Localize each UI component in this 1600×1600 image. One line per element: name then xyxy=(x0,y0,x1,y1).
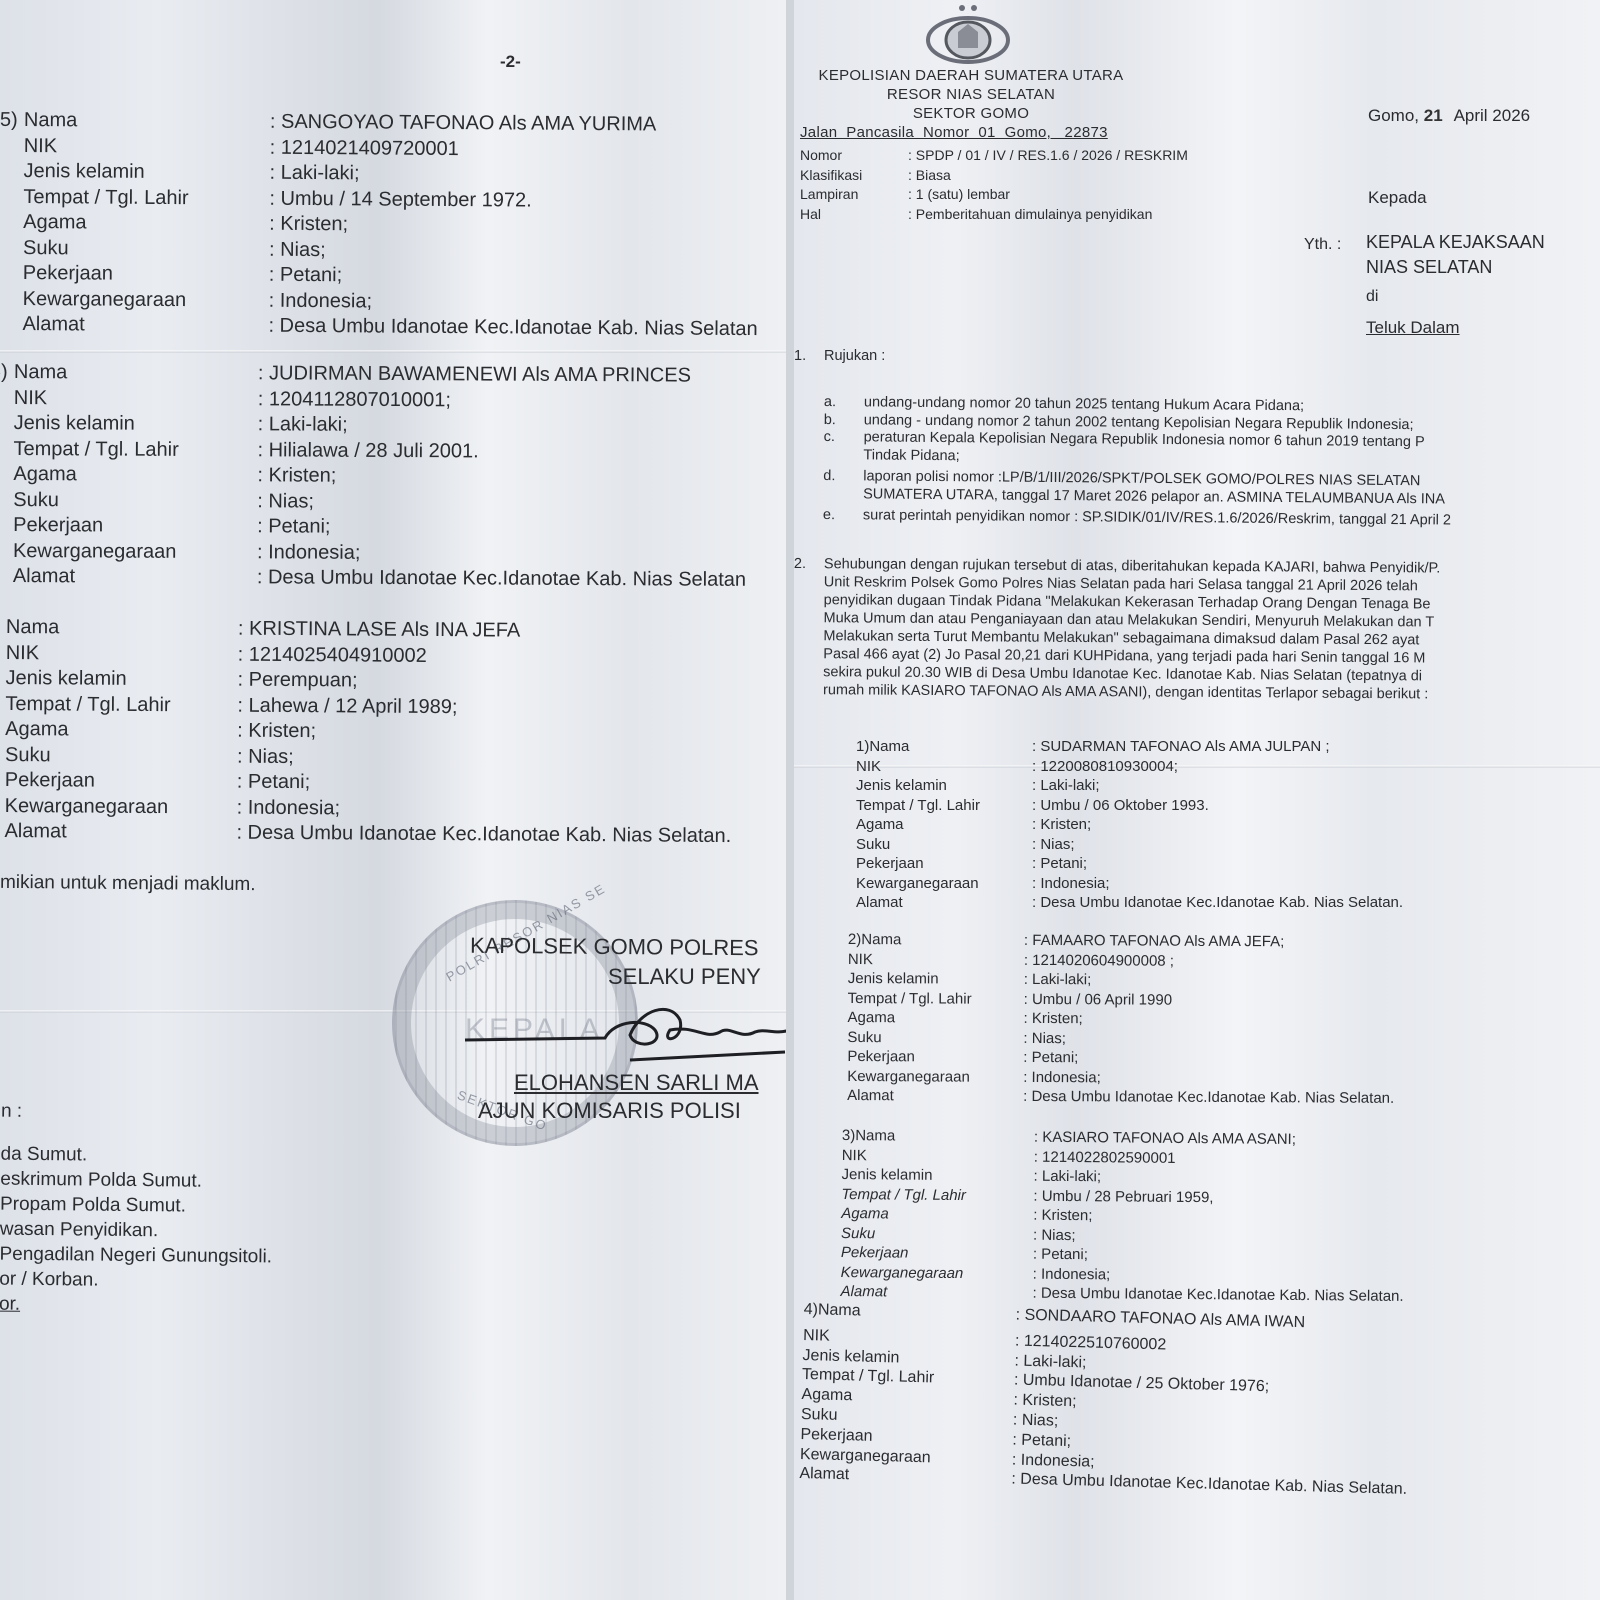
field-label: Kewarganegaraan xyxy=(23,286,269,313)
field-value: : Indonesia; xyxy=(1033,1264,1111,1284)
field-value: : 1204112807010001; xyxy=(258,387,451,414)
field-label: Alamat xyxy=(840,1282,1032,1303)
reference-letter: d. xyxy=(823,468,863,486)
letter-meta: Nomor: SPDP / 01 / IV / RES.1.6 / 2026 /… xyxy=(800,146,1188,224)
letter-date: Gomo, 21 April 2026 xyxy=(1368,106,1530,126)
field-value: : 1214025404910002 xyxy=(238,642,427,669)
suspect-record: 1)Nama: SUDARMAN TAFONAO Als AMA JULPAN … xyxy=(856,737,1403,913)
letterhead: KEPOLISIAN DAERAH SUMATERA UTARA RESOR N… xyxy=(800,66,1142,142)
field-value: : Desa Umbu Idanotae Kec.Idanotae Kab. N… xyxy=(1023,1087,1394,1108)
field-label-text: NIK xyxy=(14,386,47,408)
date-day-handwritten: 21 xyxy=(1424,106,1450,126)
field-label: Jenis kelamin xyxy=(14,411,258,438)
field-label-text: Alamat xyxy=(13,565,75,587)
field-value: : Petani; xyxy=(237,770,311,796)
field-label: Agama xyxy=(841,1204,1033,1225)
field-label-text: Tempat / Tgl. Lahir xyxy=(23,185,188,208)
person-record: 5)Nama: SANGOYAO TAFONAO Als AMA YURIMAN… xyxy=(22,108,759,343)
field-label-text: Suku xyxy=(841,1224,875,1241)
cc-item: or. xyxy=(0,1292,272,1320)
field-value: : 1214020604900008 ; xyxy=(1024,950,1174,970)
record-number: 4) xyxy=(804,1301,819,1318)
record-number: 3) xyxy=(842,1127,855,1144)
field-label: Jenis kelamin xyxy=(23,159,269,186)
field-value: : Petani; xyxy=(1012,1430,1071,1451)
field-label-text: Agama xyxy=(847,1009,895,1026)
field-row: Jenis kelamin: Laki-laki; xyxy=(856,776,1403,796)
section-number: 2. xyxy=(794,555,824,573)
field-label: Agama xyxy=(5,717,237,744)
field-label-text: Pekerjaan xyxy=(856,855,924,872)
meta-label: Klasifikasi xyxy=(800,166,908,186)
field-value: : Nias; xyxy=(1023,1028,1066,1048)
field-row: Alamat: Desa Umbu Idanotae Kec.Idanotae … xyxy=(847,1086,1394,1108)
document-page-2: -2- 5)Nama: SANGOYAO TAFONAO Als AMA YUR… xyxy=(0,0,786,1600)
person-record: 7)Nama: KRISTINA LASE Als INA JEFANIK: 1… xyxy=(4,615,732,850)
field-label: Pekerjaan xyxy=(23,261,269,288)
carbon-copy-list: n : da Sumut. eskrimum Polda Sumut. Prop… xyxy=(0,1099,274,1320)
meta-label: Hal xyxy=(800,205,908,225)
field-label-text: Nama xyxy=(6,616,60,638)
field-value: : Laki-laki; xyxy=(269,161,359,187)
field-label-text: Pekerjaan xyxy=(23,262,113,285)
field-label: NIK xyxy=(14,385,258,412)
letterhead-line3: SEKTOR GOMO xyxy=(800,104,1142,123)
field-label-text: Kewarganegaraan xyxy=(841,1263,964,1281)
police-emblem-icon xyxy=(922,2,1014,66)
field-label: NIK xyxy=(6,640,238,667)
field-label-text: Tempat / Tgl. Lahir xyxy=(848,989,972,1007)
cc-item: Propam Polda Sumut. xyxy=(0,1192,273,1220)
field-label: Kewarganegaraan xyxy=(5,793,237,820)
reference-letter xyxy=(823,446,863,464)
meta-row-hal: Hal: Pemberitahuan dimulainya penyidikan xyxy=(800,205,1188,225)
field-label: Tempat / Tgl. Lahir xyxy=(841,1184,1033,1205)
field-label: Jenis kelamin xyxy=(856,776,1032,796)
field-label-text: Nama xyxy=(24,109,78,131)
section-2-body: 2. Sehubungan dengan rujukan tersebut di… xyxy=(793,555,1600,705)
letterhead-line1: KEPOLISIAN DAERAH SUMATERA UTARA xyxy=(800,66,1142,85)
field-row: Suku: Nias; xyxy=(13,487,746,516)
cc-item: wasan Penyidikan. xyxy=(0,1217,272,1245)
field-label-text: Nama xyxy=(818,1301,861,1319)
letterhead-address: Jalan Pancasila Nomor 01 Gomo, 22873 xyxy=(800,123,1142,142)
field-row: NIK: 1204112807010001; xyxy=(14,385,747,414)
record-number: 1) xyxy=(856,738,869,755)
person-record: 6)Nama: JUDIRMAN BAWAMENEWI Als AMA PRIN… xyxy=(13,360,747,593)
field-label: Agama xyxy=(13,462,257,489)
reference-letter: b. xyxy=(824,411,864,429)
field-label-text: NIK xyxy=(24,134,57,156)
field-value: : Indonesia; xyxy=(257,540,361,566)
field-label: Agama xyxy=(23,210,269,237)
recipient-name: KEPALA KEJAKSAAN NIAS SELATAN xyxy=(1366,230,1545,280)
field-label-text: Suku xyxy=(856,836,890,853)
field-label-text: Pekerjaan xyxy=(847,1048,915,1065)
field-row: Pekerjaan: Petani; xyxy=(856,854,1403,874)
date-place: Gomo, xyxy=(1368,106,1419,125)
field-label: Tempat / Tgl. Lahir xyxy=(5,691,237,718)
field-row: Agama: Kristen; xyxy=(856,815,1403,835)
field-value: : Umbu / 28 Pebruari 1959, xyxy=(1033,1186,1213,1207)
field-label-text: Alamat xyxy=(840,1283,887,1300)
letterhead-line2: RESOR NIAS SELATAN xyxy=(800,85,1142,104)
field-label-text: Jenis kelamin xyxy=(856,777,947,794)
date-month-year: April 2026 xyxy=(1454,106,1531,125)
field-label: Jenis kelamin xyxy=(841,1165,1033,1186)
cc-item: or / Korban. xyxy=(0,1267,272,1295)
field-label: Alamat xyxy=(22,312,268,339)
meta-value: : SPDP / 01 / IV / RES.1.6 / 2026 / RESK… xyxy=(908,146,1188,166)
field-label: Suku xyxy=(856,835,1032,855)
recipient-yth-label: Yth. : xyxy=(1304,236,1341,254)
field-value: : Nias; xyxy=(257,489,314,515)
field-value: : Indonesia; xyxy=(269,288,373,314)
field-value: : Indonesia; xyxy=(1023,1067,1101,1087)
meta-label: Nomor xyxy=(800,146,908,166)
field-label-text: Kewarganegaraan xyxy=(800,1446,931,1466)
field-value: : Indonesia; xyxy=(1012,1450,1095,1472)
field-label-text: Suku xyxy=(13,488,59,510)
field-label-text: Jenis kelamin xyxy=(802,1347,899,1367)
record-number: 5) xyxy=(0,108,24,134)
field-value: : Petani; xyxy=(269,263,343,289)
field-label: Alamat xyxy=(4,819,236,846)
field-label-text: Jenis kelamin xyxy=(842,1166,933,1184)
reference-letter: c. xyxy=(824,429,864,447)
suspect-record: 3)Nama: KASIARO TAFONAO Als AMA ASANI;NI… xyxy=(840,1126,1405,1306)
reference-text: Tindak Pidana; xyxy=(863,447,959,465)
field-value: : Petani; xyxy=(257,514,331,540)
field-label: 4)Nama xyxy=(803,1300,1015,1325)
field-value: : Nias; xyxy=(237,744,294,770)
field-label-text: Suku xyxy=(801,1406,838,1424)
field-label-text: Kewarganegaraan xyxy=(13,539,177,562)
field-value: : Petani; xyxy=(1033,1245,1088,1265)
field-label: 2)Nama xyxy=(848,930,1024,950)
field-label-text: Nama xyxy=(869,738,909,755)
field-value: : Laki-laki; xyxy=(1033,1167,1101,1187)
field-row: NIK: 1220080810930004; xyxy=(856,757,1403,777)
reference-letter: e. xyxy=(823,507,863,525)
signatory-title: KAPOLSEK GOMO POLRES xyxy=(470,933,759,962)
field-label: Alamat xyxy=(13,564,257,591)
field-label-text: Jenis kelamin xyxy=(848,970,939,987)
record-number: 6) xyxy=(0,360,14,386)
field-row: Alamat: Desa Umbu Idanotae Kec.Idanotae … xyxy=(856,893,1403,913)
reference-letter xyxy=(823,485,863,503)
field-value: : 1214021409720001 xyxy=(270,135,459,162)
field-label-text: Tempat / Tgl. Lahir xyxy=(13,437,178,460)
field-label: Pekerjaan xyxy=(841,1243,1033,1264)
field-row: Suku: Nias; xyxy=(856,835,1403,855)
field-value: : Nias; xyxy=(1032,835,1075,855)
record-number: 2) xyxy=(848,931,861,948)
field-label: 6)Nama xyxy=(14,360,258,387)
field-label-text: Agama xyxy=(23,211,87,233)
field-label-text: Kewarganegaraan xyxy=(23,287,187,310)
field-value: : 1214022802590001 xyxy=(1034,1147,1176,1168)
field-label-text: Nama xyxy=(861,931,901,948)
field-label-text: Alamat xyxy=(4,820,66,842)
field-label-text: Jenis kelamin xyxy=(14,412,135,435)
cc-item: Pengadilan Negeri Gunungsitoli. xyxy=(0,1242,272,1270)
field-value: : Nias; xyxy=(269,237,326,263)
field-value: : Laki-laki; xyxy=(1024,970,1092,990)
field-label: 5)Nama xyxy=(24,108,270,135)
field-label-text: NIK xyxy=(848,950,873,967)
paper-crease xyxy=(0,350,786,353)
suspect-record: 2)Nama: FAMAARO TAFONAO Als AMA JEFA;NIK… xyxy=(847,930,1395,1108)
meta-row-lampiran: Lampiran: 1 (satu) lembar xyxy=(800,185,1188,205)
field-label-text: Tempat / Tgl. Lahir xyxy=(841,1185,966,1203)
page-divider xyxy=(786,0,794,1600)
field-label-text: Nama xyxy=(14,361,67,383)
reference-letter: a. xyxy=(824,394,864,412)
field-row: Kewarganegaraan: Indonesia; xyxy=(856,874,1403,894)
field-label: Tempat / Tgl. Lahir xyxy=(848,988,1024,1008)
field-value: : Umbu / 14 September 1972. xyxy=(269,186,532,213)
field-value: : Hilialawa / 28 Juli 2001. xyxy=(257,438,478,465)
field-value: : Nias; xyxy=(1033,1225,1076,1245)
meta-value: : Biasa xyxy=(908,166,951,186)
section-title: Rujukan : xyxy=(824,348,885,364)
field-label: Suku xyxy=(847,1027,1023,1047)
signatory-role: SELAKU PENY xyxy=(608,964,761,990)
field-label: Agama xyxy=(847,1008,1023,1028)
field-label: NIK xyxy=(842,1145,1034,1166)
field-row: Jenis kelamin: Laki-laki; xyxy=(14,411,747,440)
references-list: a.undang-undang nomor 20 tahun 2025 tent… xyxy=(823,394,1600,531)
field-label: NIK xyxy=(848,949,1024,969)
recipient-line2: NIAS SELATAN xyxy=(1366,255,1545,280)
field-label-text: Suku xyxy=(23,236,69,258)
field-label-text: Alamat xyxy=(22,313,84,335)
section-2-text: Sehubungan dengan rujukan tersebut di at… xyxy=(823,555,1600,704)
field-label: Suku xyxy=(841,1223,1033,1244)
field-label-text: Suku xyxy=(5,743,51,765)
field-value: : Desa Umbu Idanotae Kec.Idanotae Kab. N… xyxy=(236,821,731,850)
field-label: Kewarganegaraan xyxy=(841,1262,1033,1283)
field-label: 3)Nama xyxy=(842,1126,1034,1147)
field-row: Alamat: Desa Umbu Idanotae Kec.Idanotae … xyxy=(13,564,746,593)
field-label-text: Alamat xyxy=(856,894,903,911)
field-row: 6)Nama: JUDIRMAN BAWAMENEWI Als AMA PRIN… xyxy=(14,360,747,389)
field-label: Kewarganegaraan xyxy=(13,538,257,565)
field-label: Agama xyxy=(856,815,1032,835)
field-label: Alamat xyxy=(847,1086,1023,1106)
field-label: Pekerjaan xyxy=(5,768,237,795)
field-value: : Petani; xyxy=(1023,1048,1078,1068)
field-label: Suku xyxy=(13,487,257,514)
field-row: Tempat / Tgl. Lahir: Umbu / 06 Oktober 1… xyxy=(856,796,1403,816)
field-value: : Kristen; xyxy=(257,463,336,489)
field-value: : Laki-laki; xyxy=(1014,1351,1087,1373)
recipient-place: Teluk Dalam xyxy=(1366,318,1460,338)
field-label-text: NIK xyxy=(856,758,881,775)
field-label: Jenis kelamin xyxy=(848,969,1024,989)
field-label-text: Alamat xyxy=(799,1465,849,1483)
field-row: Tempat / Tgl. Lahir: Hilialawa / 28 Juli… xyxy=(13,436,746,465)
field-label-text: NIK xyxy=(6,641,39,663)
field-value: : Indonesia; xyxy=(237,795,341,821)
field-value: : SUDARMAN TAFONAO Als AMA JULPAN ; xyxy=(1032,737,1330,757)
meta-row-nomor: Nomor: SPDP / 01 / IV / RES.1.6 / 2026 /… xyxy=(800,146,1188,166)
recipient-kepada: Kepada xyxy=(1368,188,1427,208)
field-value: : Desa Umbu Idanotae Kec.Idanotae Kab. N… xyxy=(1032,893,1403,913)
field-value: : KRISTINA LASE Als INA JEFA xyxy=(238,617,520,644)
field-label: Suku xyxy=(5,742,237,769)
field-label-text: Pekerjaan xyxy=(841,1244,909,1262)
field-label-text: Agama xyxy=(13,463,76,485)
field-label-text: Nama xyxy=(855,1127,895,1144)
field-label-text: NIK xyxy=(842,1146,867,1163)
field-label-text: Agama xyxy=(801,1386,852,1404)
field-value: : Kristen; xyxy=(1032,815,1091,835)
field-label: 7)Nama xyxy=(6,615,238,642)
section-1-heading: 1.Rujukan : xyxy=(794,348,885,365)
field-value: : Kristen; xyxy=(269,212,348,238)
cc-item: da Sumut. xyxy=(0,1142,273,1170)
field-label-text: Tempat / Tgl. Lahir xyxy=(5,692,170,715)
field-label-text: Pekerjaan xyxy=(800,1426,872,1445)
field-value: : Desa Umbu Idanotae Kec.Idanotae Kab. N… xyxy=(1032,1284,1403,1307)
field-value: : Nias; xyxy=(1013,1410,1059,1431)
suspect-record: 4)Nama: SONDAARO TAFONAO Als AMA IWANNIK… xyxy=(799,1300,1411,1500)
meta-value: : Pemberitahuan dimulainya penyidikan xyxy=(908,205,1152,225)
field-row: Kewarganegaraan: Indonesia; xyxy=(13,538,746,567)
signatory-name: ELOHANSEN SARLI MA xyxy=(514,1070,759,1096)
field-label-text: Tempat / Tgl. Lahir xyxy=(802,1366,935,1386)
field-row: Alamat: Desa Umbu Idanotae Kec.Idanotae … xyxy=(22,312,757,343)
field-value: : Laki-laki; xyxy=(1032,776,1100,796)
field-label: NIK xyxy=(24,133,270,160)
field-label: Tempat / Tgl. Lahir xyxy=(856,796,1032,816)
field-label-text: Kewarganegaraan xyxy=(847,1067,970,1085)
field-value: : Petani; xyxy=(1032,854,1087,874)
meta-row-klasifikasi: Klasifikasi: Biasa xyxy=(800,166,1188,186)
field-label: 1)Nama xyxy=(856,737,1032,757)
recipient-di: di xyxy=(1366,288,1378,306)
field-label-text: Jenis kelamin xyxy=(23,160,144,183)
field-label-text: Agama xyxy=(841,1205,889,1222)
field-label-text: Kewarganegaraan xyxy=(5,794,169,817)
field-value: : Desa Umbu Idanotae Kec.Idanotae Kab. N… xyxy=(257,565,746,593)
field-label: Pekerjaan xyxy=(856,854,1032,874)
field-value: : Kristen; xyxy=(237,719,316,745)
field-label: Tempat / Tgl. Lahir xyxy=(23,184,269,211)
meta-label: Lampiran xyxy=(800,185,908,205)
field-label: Kewarganegaraan xyxy=(856,874,1032,894)
field-row: Pekerjaan: Petani; xyxy=(13,513,746,542)
field-label-text: Pekerjaan xyxy=(13,514,103,536)
field-label-text: Pekerjaan xyxy=(5,769,95,792)
field-label: Pekerjaan xyxy=(13,513,257,540)
field-label: Pekerjaan xyxy=(847,1047,1023,1067)
field-value: : 1220080810930004; xyxy=(1032,757,1178,777)
field-value: : Desa Umbu Idanotae Kec.Idanotae Kab. N… xyxy=(268,314,757,343)
field-value: : Umbu / 06 April 1990 xyxy=(1024,989,1173,1009)
field-label: Alamat xyxy=(856,893,1032,913)
handwritten-signature xyxy=(455,990,786,1070)
cc-heading: n : xyxy=(1,1099,274,1127)
field-row: Agama: Kristen; xyxy=(13,462,746,491)
field-value: : KASIARO TAFONAO Als AMA ASANI; xyxy=(1034,1128,1296,1150)
field-label: Jenis kelamin xyxy=(5,666,237,693)
field-label-text: Suku xyxy=(847,1028,881,1045)
field-label: Suku xyxy=(23,235,269,262)
page-number: -2- xyxy=(500,52,521,72)
field-label-text: Jenis kelamin xyxy=(5,667,126,690)
field-label-text: Alamat xyxy=(847,1087,894,1104)
field-value: : Laki-laki; xyxy=(258,412,348,438)
field-label-text: Agama xyxy=(856,816,904,833)
field-value: : Kristen; xyxy=(1033,1206,1092,1226)
field-value: : SANGOYAO TAFONAO Als AMA YURIMA xyxy=(270,110,657,138)
field-value: : Umbu / 06 Oktober 1993. xyxy=(1032,796,1209,816)
field-label: Kewarganegaraan xyxy=(847,1066,1023,1086)
field-label-text: Agama xyxy=(5,718,69,740)
field-value: : Indonesia; xyxy=(1032,874,1110,894)
cc-item: eskrimum Polda Sumut. xyxy=(0,1167,273,1195)
field-label: NIK xyxy=(856,757,1032,777)
recipient-line1: KEPALA KEJAKSAAN xyxy=(1366,230,1545,255)
closing-statement: mikian untuk menjadi maklum. xyxy=(0,872,256,896)
field-value: : JUDIRMAN BAWAMENEWI Als AMA PRINCES xyxy=(258,361,691,389)
field-value: : Kristen; xyxy=(1013,1391,1077,1412)
field-value: : FAMAARO TAFONAO Als AMA JEFA; xyxy=(1024,931,1284,952)
meta-value: : 1 (satu) lembar xyxy=(908,185,1010,205)
field-value: : Kristen; xyxy=(1023,1009,1082,1029)
field-label-text: Kewarganegaraan xyxy=(856,875,979,892)
section-number: 1. xyxy=(794,348,824,365)
field-row: 1)Nama: SUDARMAN TAFONAO Als AMA JULPAN … xyxy=(856,737,1403,757)
signatory-rank: AJUN KOMISARIS POLISI xyxy=(478,1098,741,1124)
field-value: : Perempuan; xyxy=(237,668,357,694)
field-label-text: NIK xyxy=(803,1327,830,1345)
field-label: Tempat / Tgl. Lahir xyxy=(13,436,257,463)
field-value: : Lahewa / 12 April 1989; xyxy=(237,693,457,720)
field-row: Alamat: Desa Umbu Idanotae Kec.Idanotae … xyxy=(4,819,731,850)
field-label-text: Tempat / Tgl. Lahir xyxy=(856,797,980,814)
